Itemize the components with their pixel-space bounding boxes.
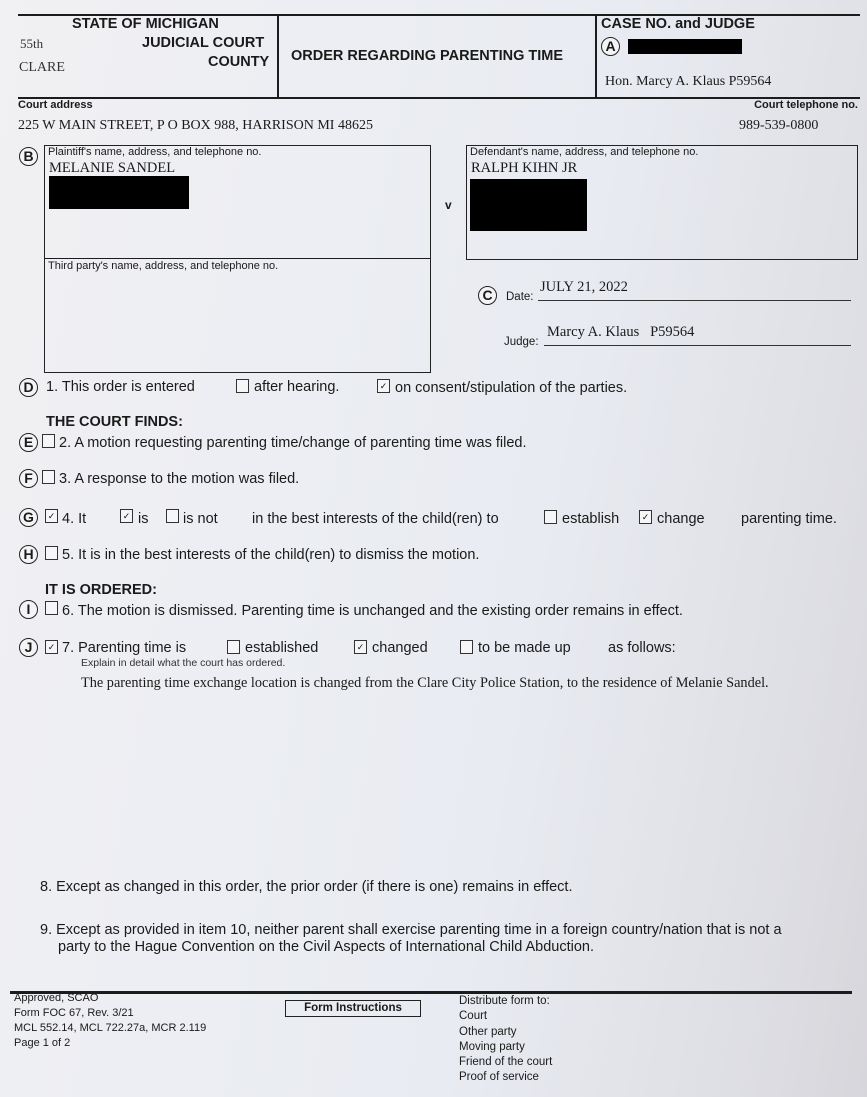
after-hearing-label: after hearing. (254, 379, 339, 395)
footer-rule (10, 991, 852, 994)
case-number-redacted (628, 39, 742, 54)
checkbox-establish[interactable] (544, 510, 557, 524)
item3-text: 3. A response to the motion was filed. (59, 471, 299, 487)
approved-text: Approved, SCAO (14, 992, 98, 1004)
explain-label: Explain in detail what the court has ord… (81, 657, 285, 669)
as-follows-label: as follows: (608, 640, 676, 656)
case-label: CASE NO. and JUDGE (601, 16, 755, 32)
consent-label: on consent/stipulation of the parties. (395, 380, 627, 396)
third-party-label: Third party's name, address, and telepho… (48, 260, 278, 272)
distribute-item: Proof of service (459, 1070, 552, 1085)
state-name: STATE OF MICHIGAN (72, 16, 219, 32)
defendant-address-redacted (470, 179, 587, 231)
marker-j: J (19, 638, 38, 657)
change-label: change (657, 511, 705, 527)
establish-label: establish (562, 511, 619, 527)
item9-text-line1: 9. Except as provided in item 10, neithe… (40, 922, 782, 938)
form-instructions-button[interactable]: Form Instructions (285, 1000, 421, 1017)
marker-e: E (19, 433, 38, 452)
county-label: COUNTY (208, 54, 269, 70)
item4-end-text: parenting time. (741, 511, 837, 527)
checkbox-consent[interactable]: ✓ (377, 379, 390, 393)
item1-text: 1. This order is entered (46, 379, 195, 395)
checkbox-item5[interactable] (45, 546, 58, 560)
item4-text: 4. It (62, 511, 86, 527)
it-is-ordered-heading: IT IS ORDERED: (45, 582, 157, 598)
plaintiff-address-redacted (49, 176, 189, 209)
plaintiff-name[interactable]: MELANIE SANDEL (49, 160, 175, 177)
checkbox-changed[interactable]: ✓ (354, 640, 367, 654)
court-address-label: Court address (18, 99, 93, 111)
header-bottom-rule (18, 97, 860, 99)
marker-a: A (601, 37, 620, 56)
marker-b: B (19, 147, 38, 166)
court-address: 225 W MAIN STREET, P O BOX 988, HARRISON… (18, 118, 373, 134)
defendant-label: Defendant's name, address, and telephone… (470, 146, 698, 158)
marker-g: G (19, 508, 38, 527)
distribute-item: Court (459, 1009, 552, 1024)
checkbox-after-hearing[interactable] (236, 379, 249, 393)
checkbox-item7[interactable]: ✓ (45, 640, 58, 654)
checkbox-change[interactable]: ✓ (639, 510, 652, 524)
form-number: Form FOC 67, Rev. 3/21 (14, 1007, 134, 1019)
checkbox-established[interactable] (227, 640, 240, 654)
changed-label: changed (372, 640, 428, 656)
versus-label: v (445, 198, 452, 212)
header-divider-2 (595, 15, 597, 98)
item4-middle-text: in the best interests of the child(ren) … (252, 511, 499, 527)
judicial-court-label: JUDICIAL COURT (142, 35, 264, 51)
marker-d: D (19, 378, 38, 397)
item9-text-line2: party to the Hague Convention on the Civ… (58, 939, 594, 955)
established-label: established (245, 640, 318, 656)
distribute-list: Distribute form to: Court Other party Mo… (459, 994, 552, 1086)
item7-text: 7. Parenting time is (62, 640, 186, 656)
judge-value[interactable]: Marcy A. Klaus P59564 (547, 324, 694, 341)
checkbox-item2[interactable] (42, 434, 55, 448)
court-phone: 989-539-0800 (739, 118, 818, 134)
mcl-reference: MCL 552.14, MCL 722.27a, MCR 2.119 (14, 1022, 206, 1034)
defendant-name[interactable]: RALPH KIHN JR (471, 160, 577, 177)
item6-text: 6. The motion is dismissed. Parenting ti… (62, 603, 683, 619)
court-finds-heading: THE COURT FINDS: (46, 414, 183, 430)
checkbox-item6[interactable] (45, 601, 58, 615)
item5-text: 5. It is in the best interests of the ch… (62, 547, 479, 563)
plaintiff-label: Plaintiff's name, address, and telephone… (48, 146, 262, 158)
distribute-item: Moving party (459, 1040, 552, 1055)
marker-i: I (19, 600, 38, 619)
form-title: ORDER REGARDING PARENTING TIME (291, 48, 563, 64)
date-label: Date: (506, 291, 534, 303)
marker-h: H (19, 545, 38, 564)
marker-f: F (19, 469, 38, 488)
item2-text: 2. A motion requesting parenting time/ch… (59, 435, 527, 451)
court-phone-label: Court telephone no. (754, 99, 858, 111)
distribute-item: Other party (459, 1025, 552, 1040)
date-underline (538, 300, 851, 301)
checkbox-item3[interactable] (42, 470, 55, 484)
court-number: 55th (20, 36, 43, 52)
checkbox-is[interactable]: ✓ (120, 509, 133, 523)
judge-underline (544, 345, 851, 346)
is-label: is (138, 511, 148, 527)
date-value[interactable]: JULY 21, 2022 (540, 279, 628, 296)
is-not-label: is not (183, 511, 218, 527)
marker-c: C (478, 286, 497, 305)
distribute-label: Distribute form to: (459, 994, 552, 1009)
checkbox-is-not[interactable] (166, 509, 179, 523)
explain-value[interactable]: The parenting time exchange location is … (81, 675, 769, 692)
distribute-item: Friend of the court (459, 1055, 552, 1070)
made-up-label: to be made up (478, 640, 571, 656)
county-name: CLARE (19, 60, 65, 76)
item8-text: 8. Except as changed in this order, the … (40, 879, 572, 895)
case-judge: Hon. Marcy A. Klaus P59564 (605, 74, 771, 90)
checkbox-made-up[interactable] (460, 640, 473, 654)
page-number: Page 1 of 2 (14, 1037, 70, 1049)
header-divider-1 (277, 15, 279, 98)
checkbox-item4[interactable]: ✓ (45, 509, 58, 523)
judge-label: Judge: (504, 336, 539, 348)
